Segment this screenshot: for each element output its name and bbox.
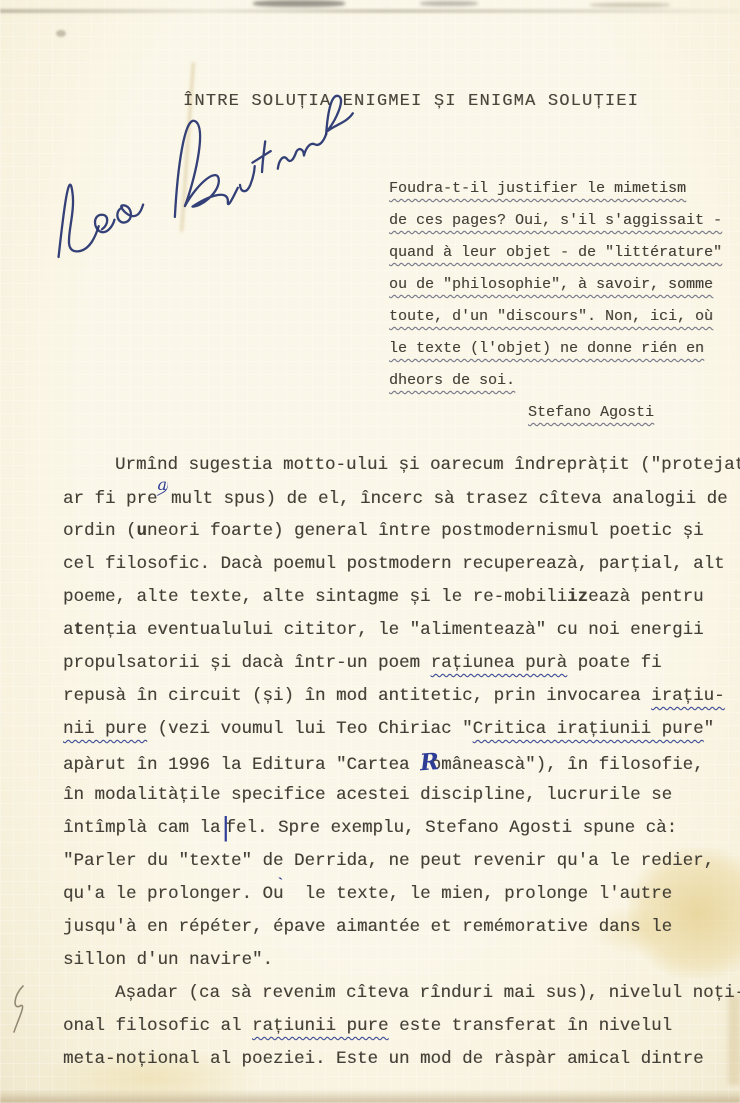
overstruck-text: u xyxy=(137,521,148,541)
blue-wavy-underlined-text: rațiunea purà xyxy=(431,653,568,673)
scan-smudge xyxy=(253,0,345,7)
typed-text: poate fi xyxy=(567,653,662,673)
grave-accent-mark: ` xyxy=(276,870,285,900)
handwritten-capital-r: R xyxy=(419,748,432,779)
handwritten-inserted-letter: a xyxy=(158,470,161,500)
typed-text: fel. Spre exemplu, Stefano Agosti spune … xyxy=(226,818,678,838)
body-line: atenția eventualului cititor, le "alimen… xyxy=(63,615,740,648)
epigraph-line: le texte (l'objet) ne donne rién en xyxy=(389,336,722,368)
typed-text: a xyxy=(63,620,74,640)
typed-text: (vezi voumul lui Teo Chiriac " xyxy=(147,719,473,739)
body-line: întîmplà cam la|fel. Spre exemplu, Stefa… xyxy=(63,813,740,846)
scan-smudge xyxy=(420,1,478,6)
body-line: onal filosofic al rațiunii pure este tra… xyxy=(63,1011,740,1044)
body-line: nii pure (vezi voumul lui Teo Chiriac "C… xyxy=(63,714,740,747)
body-line: sillon d'un navire". xyxy=(63,945,740,978)
typed-text: Urmînd sugestia motto-ului și oarecum în… xyxy=(115,455,740,475)
body-line: meta-noțional al poeziei. Este un mod de… xyxy=(63,1044,740,1077)
typed-text: "Parler du "texte" de Derrida, ne peut r… xyxy=(63,851,714,871)
handwritten-word-break-mark: | xyxy=(221,806,226,853)
epigraph-attribution: Stefano Agosti xyxy=(528,400,722,432)
typed-text: poeme, alte texte, alte sintagme și le r… xyxy=(63,587,567,607)
blue-wavy-underlined-text: Critica irațiunii pure xyxy=(473,719,704,739)
pencil-margin-mark xyxy=(6,982,30,1038)
body-line: propulsatorii și dacà într-un poem rațiu… xyxy=(63,648,740,681)
body-line: apàrut în 1996 la Editura "Cartea Române… xyxy=(63,747,740,780)
typed-text: omâneascà"), în filosofie, xyxy=(431,755,704,775)
typed-text: sillon d'un navire". xyxy=(63,950,273,970)
typed-text: propulsatorii și dacà într-un poem xyxy=(63,653,431,673)
body-line: ar fi prea mult spus) de el, încerc sà t… xyxy=(63,483,740,516)
epigraph-line: quand à leur objet - de "littérature" xyxy=(389,240,722,272)
typed-text: cel filosofic. Dacà poemul postmodern re… xyxy=(63,554,725,574)
typed-text: eazà pentru xyxy=(588,587,704,607)
typed-text: neori foarte) general între postmodernis… xyxy=(147,521,704,541)
handwritten-grave-accent: u` xyxy=(273,879,284,909)
typed-text: apàrut în 1996 la Editura "Cartea xyxy=(63,755,420,775)
blue-wavy-underlined-text: nii pure xyxy=(63,719,147,739)
body-text: Urmînd sugestia motto-ului și oarecum în… xyxy=(63,450,740,1077)
typescript-page: ÎNTRE SOLUȚIA ENIGMEI ȘI ENIGMA SOLUȚIEI… xyxy=(0,0,740,1103)
body-line: cel filosofic. Dacà poemul postmodern re… xyxy=(63,549,740,582)
typed-text: qu'a le prolonger. O xyxy=(63,884,273,904)
overstruck-text: iz xyxy=(567,587,588,607)
typed-text: ordin ( xyxy=(63,521,137,541)
typed-text: mult spus) de el, încerc sà trasez cîtev… xyxy=(161,489,728,509)
typed-text: ar fi pre xyxy=(63,489,158,509)
paper-edge-shadow xyxy=(0,1089,740,1103)
typed-text: meta-noțional al poeziei. Este un mod de… xyxy=(63,1049,704,1069)
body-line: repusà în circuit (și) în mod antitetic,… xyxy=(63,681,740,714)
typed-text: în modalitàțile specifice acestei discip… xyxy=(63,785,672,805)
epigraph-line: dheors de soi. xyxy=(389,368,722,400)
epigraph-line: ou de "philosophie", à savoir, somme xyxy=(389,272,722,304)
paper-speck xyxy=(56,30,66,37)
body-line: în modalitàțile specifice acestei discip… xyxy=(63,780,740,813)
typed-text: Așadar (ca sà revenim cîteva rînduri mai… xyxy=(115,983,740,1003)
typed-text: " xyxy=(704,719,715,739)
epigraph-line: toute, d'un "discours". Non, ici, où xyxy=(389,304,722,336)
typed-text: este transferat în nivelul xyxy=(389,1016,673,1036)
blue-wavy-underlined-text: irațiu- xyxy=(651,686,725,706)
blue-wavy-underlined-text: rațiunii pure xyxy=(252,1016,389,1036)
typed-text: jusqu'à en répéter, épave aimantée et re… xyxy=(63,917,672,937)
body-line: Așadar (ca sà revenim cîteva rînduri mai… xyxy=(63,978,740,1011)
epigraph: Foudra-t-il justifier le mimetismde ces … xyxy=(389,176,722,432)
overstruck-text: t xyxy=(74,620,85,640)
typed-text: întîmplà cam la xyxy=(63,818,221,838)
body-line: qu'a le prolonger. Ou` le texte, le mien… xyxy=(63,879,740,912)
scan-smudge xyxy=(590,3,670,7)
body-line: poeme, alte texte, alte sintagme și le r… xyxy=(63,582,740,615)
typed-text: repusà în circuit (și) în mod antitetic,… xyxy=(63,686,651,706)
epigraph-line: Foudra-t-il justifier le mimetism xyxy=(389,176,722,208)
typed-text: le texte, le mien, prolonge l'autre xyxy=(284,884,673,904)
epigraph-lines: Foudra-t-il justifier le mimetismde ces … xyxy=(389,176,722,400)
epigraph-line: de ces pages? Oui, s'il s'aggissait - xyxy=(389,208,722,240)
typed-text: enția eventualului cititor, le "alimente… xyxy=(84,620,704,640)
signature-handwriting xyxy=(7,44,382,298)
paper-crease-top xyxy=(0,9,740,13)
body-line: jusqu'à en répéter, épave aimantée et re… xyxy=(63,912,740,945)
body-line: "Parler du "texte" de Derrida, ne peut r… xyxy=(63,846,740,879)
typed-text: onal filosofic al xyxy=(63,1016,252,1036)
body-line: ordin (uneori foarte) general între post… xyxy=(63,516,740,549)
